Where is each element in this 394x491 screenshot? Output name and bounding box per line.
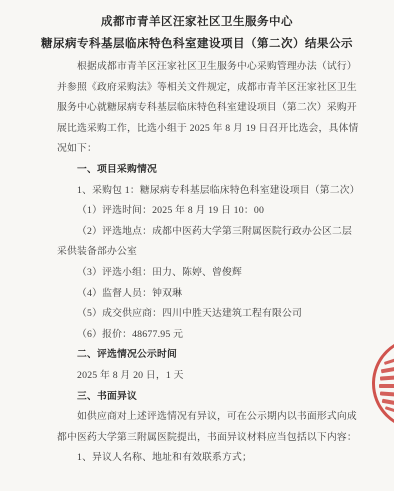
title-line-1: 成都市青羊区汪家社区卫生服务中心 <box>0 11 394 33</box>
seal-text-mark <box>384 358 394 365</box>
publicity-period-value: 2025 年 8 月 20 日，1 天 <box>57 366 349 387</box>
item-supervisor: （4）监督人员：钟双琳 <box>57 284 349 305</box>
item-quote-price: （6）报价：48677.95 元 <box>57 325 349 346</box>
objection-paragraph-line: 都中医药大学第三附属医院提出，书面异议材料应当包括以下内容： <box>57 428 349 449</box>
intro-paragraph-line: 展比选采购工作，比选小组于 2025 年 8 月 19 日召开比选会，具体情 <box>57 119 349 140</box>
title-line-2: 糖尿病专科基层临床特色科室建设项目（第二次）结果公示 <box>0 33 394 55</box>
seal-text-mark <box>385 406 394 413</box>
document-body: 根据成都市青羊区汪家社区卫生服务中心采购管理办法（试行） 并参照《政府采购法》等… <box>57 57 349 469</box>
item-eval-panel: （3）评选小组：田力、陈婷、曾俊辉 <box>57 263 349 284</box>
item-eval-location-continued: 采供装备部办公室 <box>57 242 349 263</box>
item-eval-location: （2）评选地点：成都中医药大学第三附属医院行政办公区二层 <box>57 222 349 243</box>
item-winning-supplier: （5）成交供应商：四川中胜天达建筑工程有限公司 <box>57 304 349 325</box>
seal-text-mark <box>379 384 394 388</box>
section-heading-procurement: 一、项目采购情况 <box>57 160 349 181</box>
item-eval-time: （1）评选时间：2025 年 8 月 19 日 10：00 <box>57 201 349 222</box>
section-heading-written-objection: 三、书面异议 <box>57 387 349 408</box>
document-page: 成都市青羊区汪家社区卫生服务中心 糖尿病专科基层临床特色科室建设项目（第二次）结… <box>0 0 394 491</box>
intro-paragraph-line: 根据成都市青羊区汪家社区卫生服务中心采购管理办法（试行） <box>57 57 349 78</box>
objection-paragraph-line: 如供应商对上述评选情况有异议，可在公示期内以书面形式向成 <box>57 407 349 428</box>
intro-paragraph-line: 况如下： <box>57 139 349 160</box>
document-title: 成都市青羊区汪家社区卫生服务中心 糖尿病专科基层临床特色科室建设项目（第二次）结… <box>0 11 394 55</box>
section-heading-publicity-period: 二、评选情况公示时间 <box>57 345 349 366</box>
seal-text-mark <box>380 375 394 380</box>
intro-paragraph-line: 并参照《政府采购法》等相关文件规定，成都市青羊区汪家社区卫生 <box>57 78 349 99</box>
official-seal-stamp <box>372 337 394 430</box>
seal-text-mark <box>380 391 394 396</box>
objection-item-1: 1、异议人名称、地址和有效联系方式； <box>57 448 349 469</box>
intro-paragraph-line: 服务中心就糖尿病专科基层临床特色科室建设项目（第二次）采购开 <box>57 98 349 119</box>
item-package: 1、采购包 1：糖尿病专科基层临床特色科室建设项目（第二次） <box>57 181 349 202</box>
seal-text-mark <box>381 367 394 373</box>
seal-text-mark <box>382 399 394 405</box>
